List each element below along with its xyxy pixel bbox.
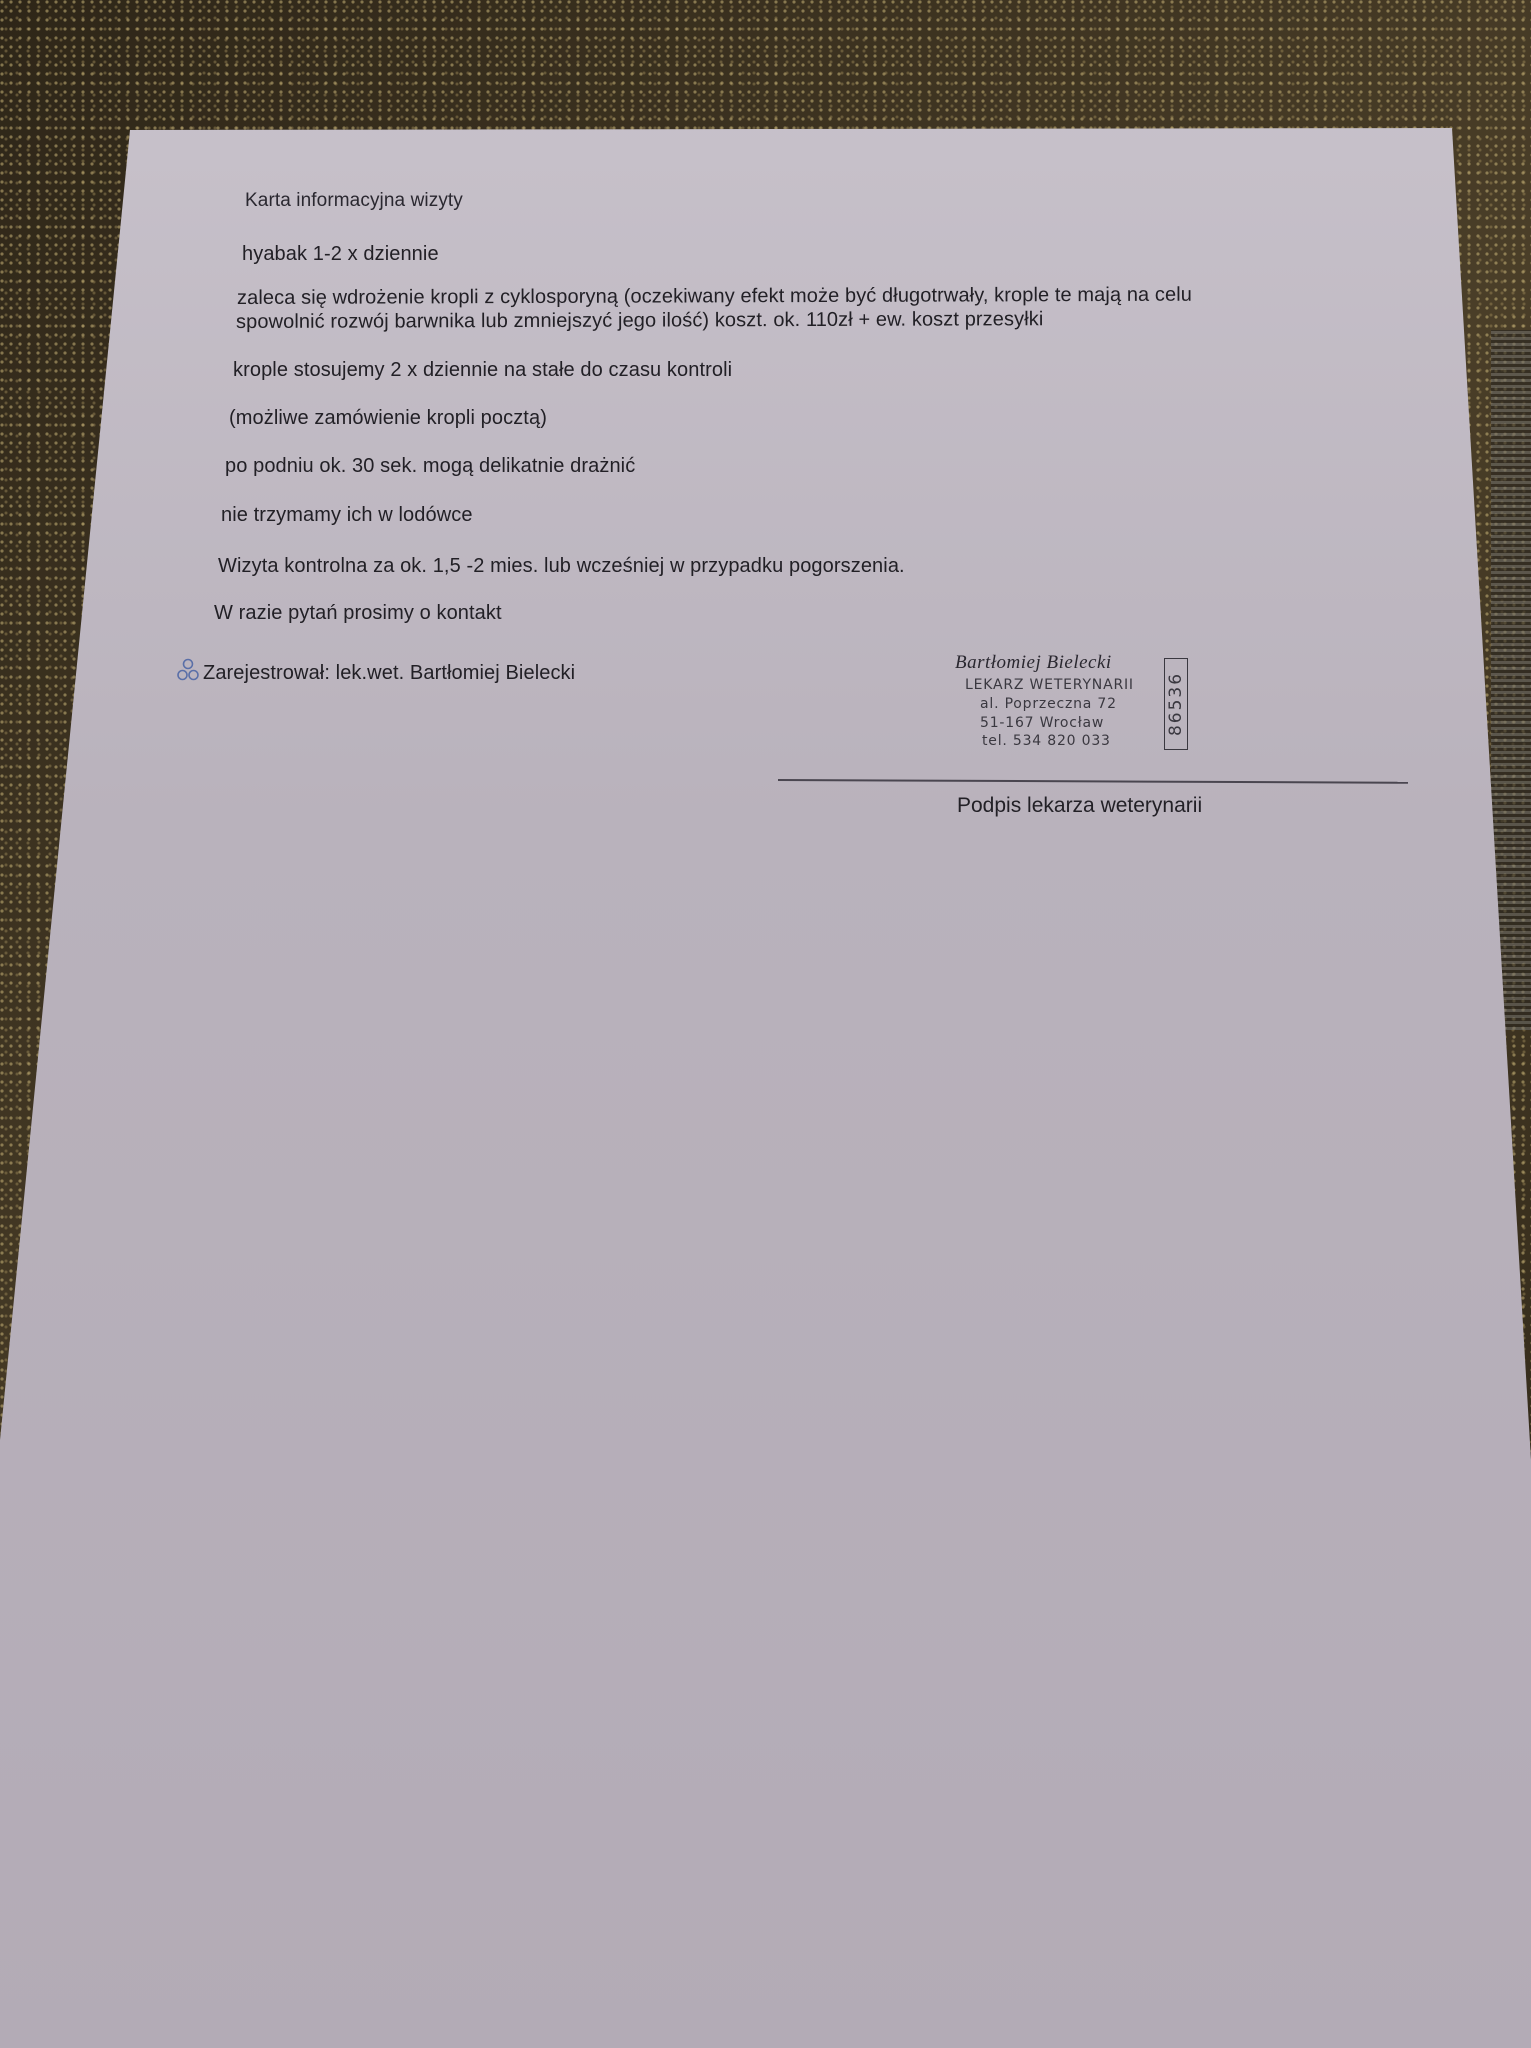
- stamp-license-box: 86536: [1164, 658, 1188, 750]
- line-order-by-mail: (możliwe zamówienie kropli pocztą): [229, 407, 547, 430]
- stamp-phone: tel. 534 820 033: [982, 733, 1111, 749]
- stamp-city: 51-167 Wrocław: [980, 715, 1104, 731]
- stamp-address: al. Poprzeczna 72: [980, 696, 1117, 712]
- stamp-doctor-name: Bartłomiej Bielecki: [955, 652, 1112, 674]
- line-recommendation-1: zaleca się wdrożenie kropli z cyklospory…: [237, 284, 1192, 310]
- signature-line: [778, 779, 1408, 784]
- line-medication: hyabak 1-2 x dziennie: [242, 243, 439, 266]
- line-irritation-note: po podniu ok. 30 sek. mogą delikatnie dr…: [225, 455, 635, 478]
- paper-sheet: Karta informacyjna wizyty hyabak 1-2 x d…: [0, 0, 1531, 2048]
- line-control-visit: Wizyta kontrolna za ok. 1,5 -2 mies. lub…: [218, 555, 905, 578]
- registered-by: Zarejestrował: lek.wet. Bartłomiej Biele…: [203, 662, 575, 685]
- user-icon: [176, 657, 200, 681]
- doctor-stamp: Bartłomiej Bielecki LEKARZ WETERYNARII a…: [950, 650, 1200, 755]
- line-storage-note: nie trzymamy ich w lodówce: [221, 504, 473, 527]
- line-dosage: krople stosujemy 2 x dziennie na stałe d…: [233, 359, 732, 382]
- stamp-title: LEKARZ WETERYNARII: [965, 677, 1134, 693]
- line-contact: W razie pytań prosimy o kontakt: [214, 602, 502, 625]
- signature-label: Podpis lekarza weterynarii: [957, 794, 1202, 818]
- line-recommendation-2: spowolnić rozwój barwnika lub zmniejszyć…: [236, 308, 1043, 334]
- stamp-license-number: 86536: [1166, 672, 1186, 736]
- document-title: Karta informacyjna wizyty: [245, 190, 463, 212]
